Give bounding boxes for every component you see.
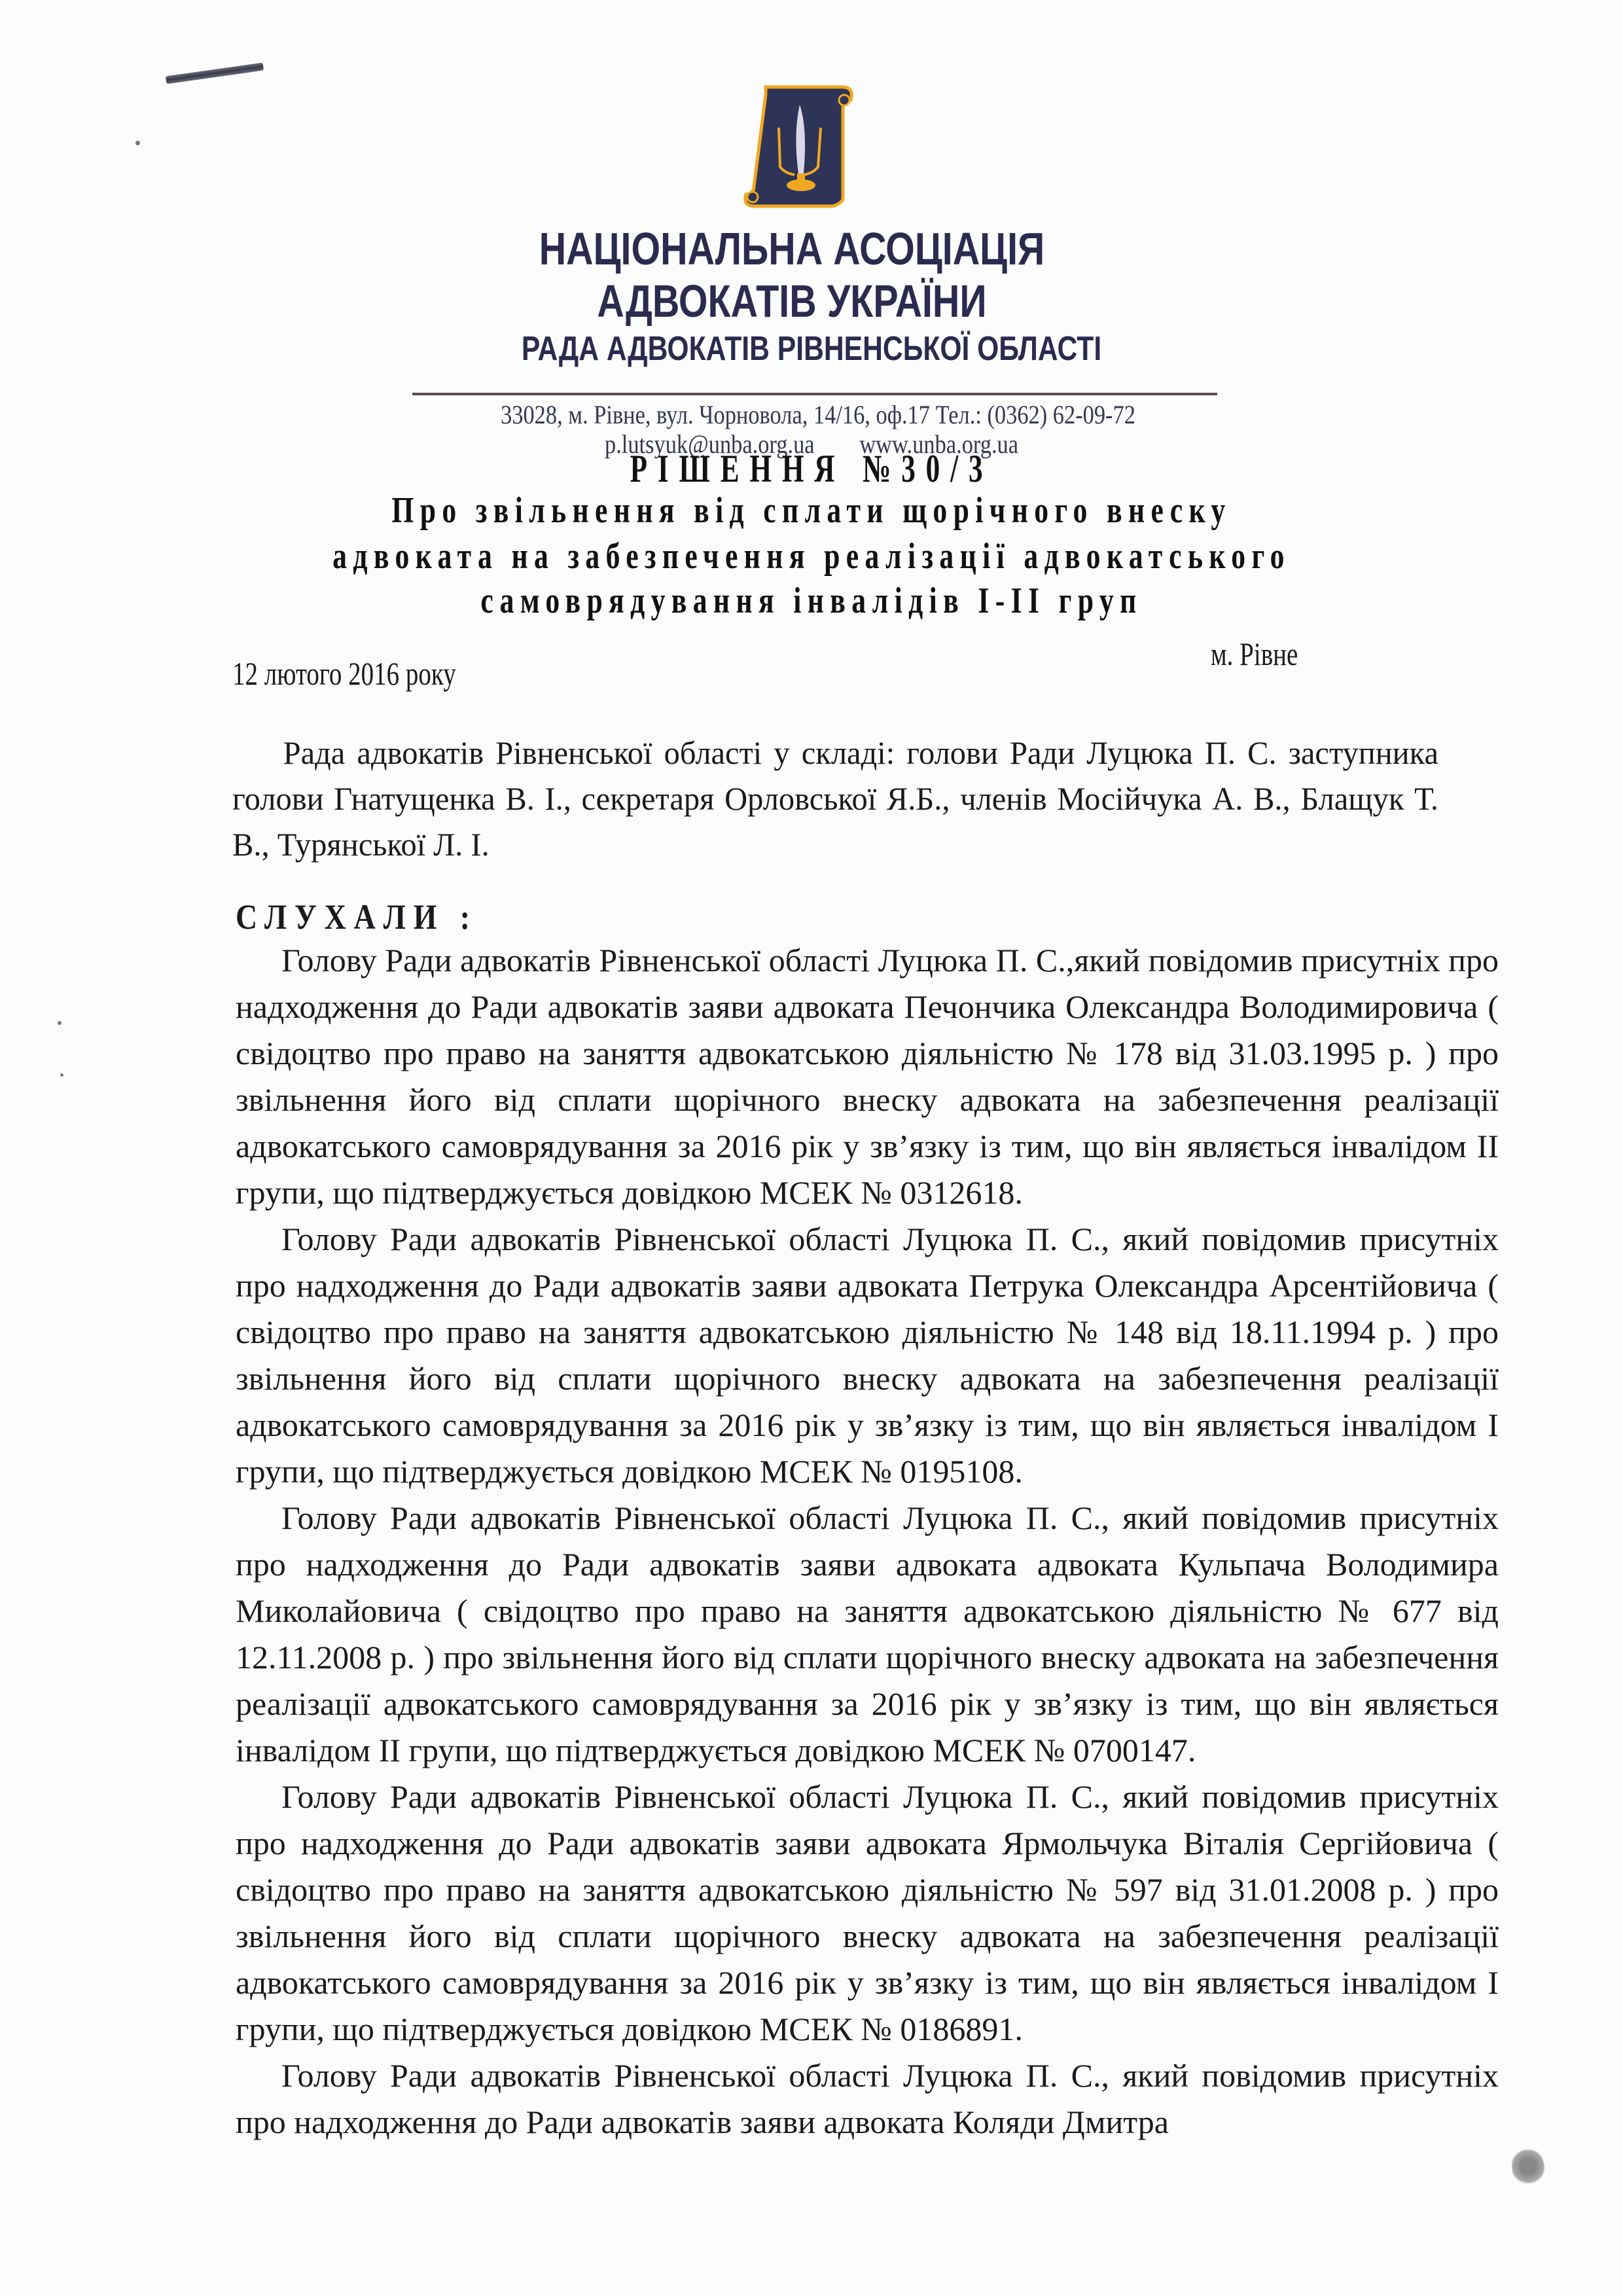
council-composition: Рада адвокатів Рівненської області у скл…: [232, 730, 1438, 867]
org-name-line2: АДВОКАТІВ УКРАЇНИ: [126, 275, 1457, 327]
decision-date: 12 лютого 2016 року: [232, 655, 456, 692]
heard-item-text: Голову Ради адвокатів Рівненської област…: [236, 1499, 1499, 1768]
heard-item-text: Голову Ради адвокатів Рівненської област…: [236, 1778, 1499, 2047]
heard-item: Голову Ради адвокатів Рівненської област…: [236, 1216, 1499, 1495]
decision-city: м. Рівне: [1211, 635, 1298, 673]
scan-speck: [60, 1073, 63, 1077]
decision-subject-line1: Про звільнення від сплати щорічного внес…: [179, 490, 1444, 531]
heard-heading: СЛУХАЛИ :: [236, 897, 478, 937]
decision-title: РІШЕННЯ №30/3: [227, 446, 1396, 492]
scan-speck: [58, 1021, 62, 1025]
heard-item-text: Голову Ради адвокатів Рівненської област…: [236, 2057, 1499, 2140]
decision-subject-line3: самоврядування інвалідів I-II груп: [179, 580, 1444, 622]
composition-text: Рада адвокатів Рівненської області у скл…: [232, 734, 1438, 863]
staple-mark: [166, 63, 264, 84]
heard-item: Голову Ради адвокатів Рівненської област…: [236, 1495, 1499, 1774]
council-name: РАДА АДВОКАТІВ РІВНЕНСЬКОЇ ОБЛАСТІ: [146, 329, 1477, 368]
decision-subject-line2: адвоката на забезпечення реалізації адво…: [179, 535, 1444, 577]
heard-item-text: Голову Ради адвокатів Рівненської област…: [236, 942, 1499, 1211]
scroll-quill-trident-emblem-icon: [740, 82, 857, 213]
ink-blot: [1512, 2147, 1544, 2186]
heard-item: Голову Ради адвокатів Рівненської област…: [236, 1774, 1499, 2053]
heard-item: Голову Ради адвокатів Рівненської област…: [236, 937, 1499, 1216]
org-name-line1: НАЦІОНАЛЬНА АСОЦІАЦІЯ: [126, 223, 1457, 275]
heard-item: Голову Ради адвокатів Рівненської област…: [236, 2053, 1499, 2145]
letterhead-divider: [412, 393, 1217, 395]
scan-speck: [135, 141, 140, 145]
heard-item-text: Голову Ради адвокатів Рівненської област…: [236, 1221, 1499, 1490]
heard-items: Голову Ради адвокатів Рівненської област…: [236, 937, 1499, 2145]
address-line: 33028, м. Рівне, вул. Чорновола, 14/16, …: [120, 399, 1516, 430]
